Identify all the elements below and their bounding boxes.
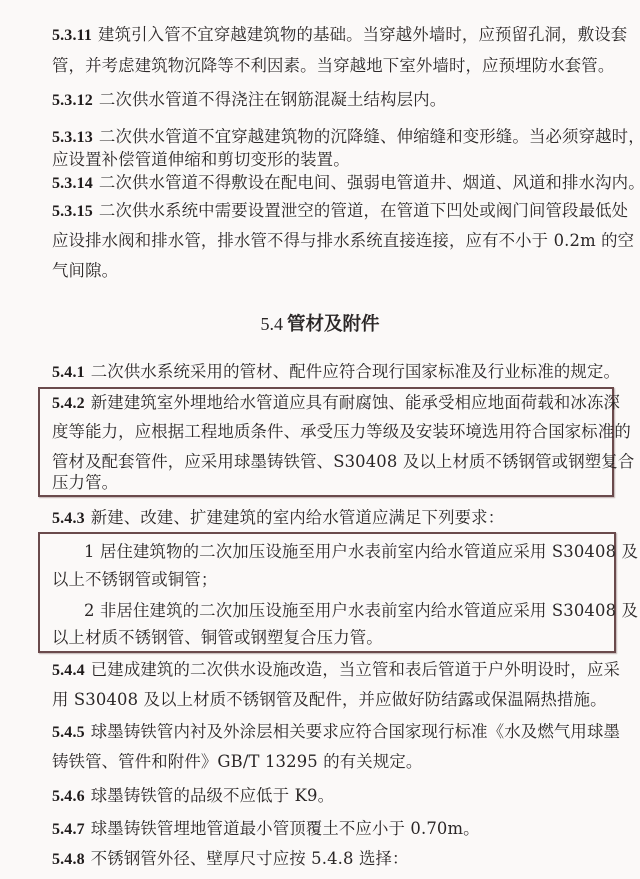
clause-number: 5.4.5 (52, 724, 85, 741)
section-number: 5.4 (260, 314, 283, 334)
clause-text: 管，并考虑建筑物沉降等不利因素。当穿越地下室外墙时，应预埋防水套管。 (52, 56, 614, 75)
clause-number: 5.3.14 (52, 175, 93, 192)
clause-number: 5.4.3 (52, 510, 85, 527)
clause-text: 新建建筑室外埋地给水管道应具有耐腐蚀、能承受相应地面荷载和冰冻深 (91, 393, 620, 412)
clause-5-4-3-item-2-line-2: 以上材质不锈钢管、铜管或钢塑复合压力管。 (52, 628, 383, 648)
clause-text: 球墨铸铁管埋地管道最小管顶覆土不应小于 0.70m。 (91, 819, 480, 838)
clause-number: 5.4.7 (52, 821, 85, 838)
clause-5-3-15-line-2: 应设排水阀和排水管，排水管不得与排水系统直接连接，应有不小于 0.2m 的空 (52, 231, 634, 251)
list-item-text: 以上不锈钢管或铜管； (52, 570, 217, 589)
section-title: 管材及附件 (287, 314, 380, 335)
clause-5-4-2-line-1: 5.4.2新建建筑室外埋地给水管道应具有耐腐蚀、能承受相应地面荷载和冰冻深 (52, 393, 620, 414)
clause-5-4-1-line-1: 5.4.1二次供水系统采用的管材、配件应符合现行国家标准及行业标准的规定。 (52, 362, 620, 383)
clause-number: 5.3.11 (52, 27, 92, 44)
clause-text: 应设排水阀和排水管，排水管不得与排水系统直接连接，应有不小于 0.2m 的空 (52, 231, 634, 250)
clause-5-4-5-line-1: 5.4.5球墨铸铁管内衬及外涂层相关要求应符合国家现行标准《水及燃气用球墨 (52, 722, 620, 743)
list-item-text: 1 居住建筑物的二次加压设施至用户水表前室内给水管道应采用 S30408 及 (84, 542, 638, 561)
clause-text: 球墨铸铁管的品级不应低于 K9。 (91, 786, 334, 805)
list-item-text: 以上材质不锈钢管、铜管或钢塑复合压力管。 (52, 628, 383, 647)
clause-text: 用 S30408 及以上材质不锈钢管及配件，并应做好防结露或保温隔热措施。 (52, 690, 607, 709)
clause-5-3-13-line-1: 5.3.13二次供水管道不宜穿越建筑物的沉降缝、伸缩缝和变形缝。当必须穿越时， (52, 127, 640, 148)
clause-5-4-2-line-4: 压力管。 (52, 473, 118, 493)
clause-text: 二次供水管道不得浇注在钢筋混凝土结构层内。 (99, 90, 446, 109)
clause-text: 不锈钢管外径、壁厚尺寸应按 5.4.8 选择： (91, 849, 409, 868)
clause-text: 已建成建筑的二次供水设施改造，当立管和表后管道于户外明设时，应采 (91, 660, 620, 679)
clause-text: 应设置补偿管道伸缩和剪切变形的装置。 (52, 150, 350, 169)
document-page: 5.3.11建筑引入管不宜穿越建筑物的基础。当穿越外墙时，应预留孔洞，敷设套 管… (0, 0, 640, 879)
clause-text: 铸铁管、管件和附件》GB/T 13295 的有关规定。 (52, 752, 422, 771)
list-item-text: 2 非居住建筑的二次加压设施至用户水表前室内给水管道应采用 S30408 及 (84, 601, 638, 620)
clause-5-3-14-line-1: 5.3.14二次供水管道不得敷设在配电间、强弱电管道井、烟道、风道和排水沟内。 (52, 173, 640, 194)
clause-number: 5.3.13 (52, 129, 93, 146)
clause-number: 5.4.6 (52, 788, 85, 805)
clause-5-4-3-item-2-line-1: 2 非居住建筑的二次加压设施至用户水表前室内给水管道应采用 S30408 及 (84, 601, 638, 621)
clause-5-4-8-line-1: 5.4.8不锈钢管外径、壁厚尺寸应按 5.4.8 选择： (52, 849, 409, 870)
clause-number: 5.3.15 (52, 203, 93, 220)
clause-5-4-6-line-1: 5.4.6球墨铸铁管的品级不应低于 K9。 (52, 786, 334, 807)
clause-number: 5.3.12 (52, 92, 93, 109)
clause-5-4-3-line-1: 5.4.3新建、改建、扩建建筑的室内给水管道应满足下列要求： (52, 508, 504, 529)
clause-text: 气间隙。 (52, 261, 118, 280)
clause-number: 5.4.2 (52, 395, 85, 412)
clause-5-4-3-item-1-line-2: 以上不锈钢管或铜管； (52, 570, 217, 590)
clause-text: 二次供水管道不得敷设在配电间、强弱电管道井、烟道、风道和排水沟内。 (99, 173, 640, 192)
clause-5-3-11-line-1: 5.3.11建筑引入管不宜穿越建筑物的基础。当穿越外墙时，应预留孔洞，敷设套 (52, 25, 627, 46)
clause-text: 度等能力，应根据工程地质条件、承受压力等级及安装环境选用符合国家标准的 (52, 422, 631, 441)
clause-text: 二次供水系统采用的管材、配件应符合现行国家标准及行业标准的规定。 (91, 362, 620, 381)
clause-number: 5.4.8 (52, 851, 85, 868)
clause-text: 球墨铸铁管内衬及外涂层相关要求应符合国家现行标准《水及燃气用球墨 (91, 722, 620, 741)
clause-text: 建筑引入管不宜穿越建筑物的基础。当穿越外墙时，应预留孔洞，敷设套 (98, 25, 627, 44)
clause-5-3-11-line-2: 管，并考虑建筑物沉降等不利因素。当穿越地下室外墙时，应预埋防水套管。 (52, 56, 614, 76)
clause-5-3-13-line-2: 应设置补偿管道伸缩和剪切变形的装置。 (52, 150, 350, 170)
clause-number: 5.4.4 (52, 662, 85, 679)
clause-text: 二次供水系统中需要设置泄空的管道，在管道下凹处或阀门间管段最低处 (99, 201, 628, 220)
clause-5-3-15-line-1: 5.3.15二次供水系统中需要设置泄空的管道，在管道下凹处或阀门间管段最低处 (52, 201, 628, 222)
clause-text: 新建、改建、扩建建筑的室内给水管道应满足下列要求： (91, 508, 505, 527)
clause-text: 管材及配套管件，应采用球墨铸铁管、S30408 及以上材质不锈钢管或钢塑复合 (52, 452, 634, 471)
clause-5-4-7-line-1: 5.4.7球墨铸铁管埋地管道最小管顶覆土不应小于 0.70m。 (52, 819, 480, 840)
clause-text: 压力管。 (52, 473, 118, 492)
clause-5-3-15-line-3: 气间隙。 (52, 261, 118, 281)
clause-5-4-2-line-3: 管材及配套管件，应采用球墨铸铁管、S30408 及以上材质不锈钢管或钢塑复合 (52, 452, 634, 472)
clause-5-4-3-item-1-line-1: 1 居住建筑物的二次加压设施至用户水表前室内给水管道应采用 S30408 及 (84, 542, 638, 562)
section-heading: 5.4管材及附件 (0, 312, 640, 337)
clause-5-4-4-line-2: 用 S30408 及以上材质不锈钢管及配件，并应做好防结露或保温隔热措施。 (52, 690, 607, 710)
clause-number: 5.4.1 (52, 364, 85, 381)
clause-text: 二次供水管道不宜穿越建筑物的沉降缝、伸缩缝和变形缝。当必须穿越时， (99, 127, 640, 146)
clause-5-4-4-line-1: 5.4.4已建成建筑的二次供水设施改造，当立管和表后管道于户外明设时，应采 (52, 660, 620, 681)
clause-5-3-12-line-1: 5.3.12二次供水管道不得浇注在钢筋混凝土结构层内。 (52, 90, 446, 111)
clause-5-4-2-line-2: 度等能力，应根据工程地质条件、承受压力等级及安装环境选用符合国家标准的 (52, 422, 631, 442)
clause-5-4-5-line-2: 铸铁管、管件和附件》GB/T 13295 的有关规定。 (52, 752, 422, 772)
